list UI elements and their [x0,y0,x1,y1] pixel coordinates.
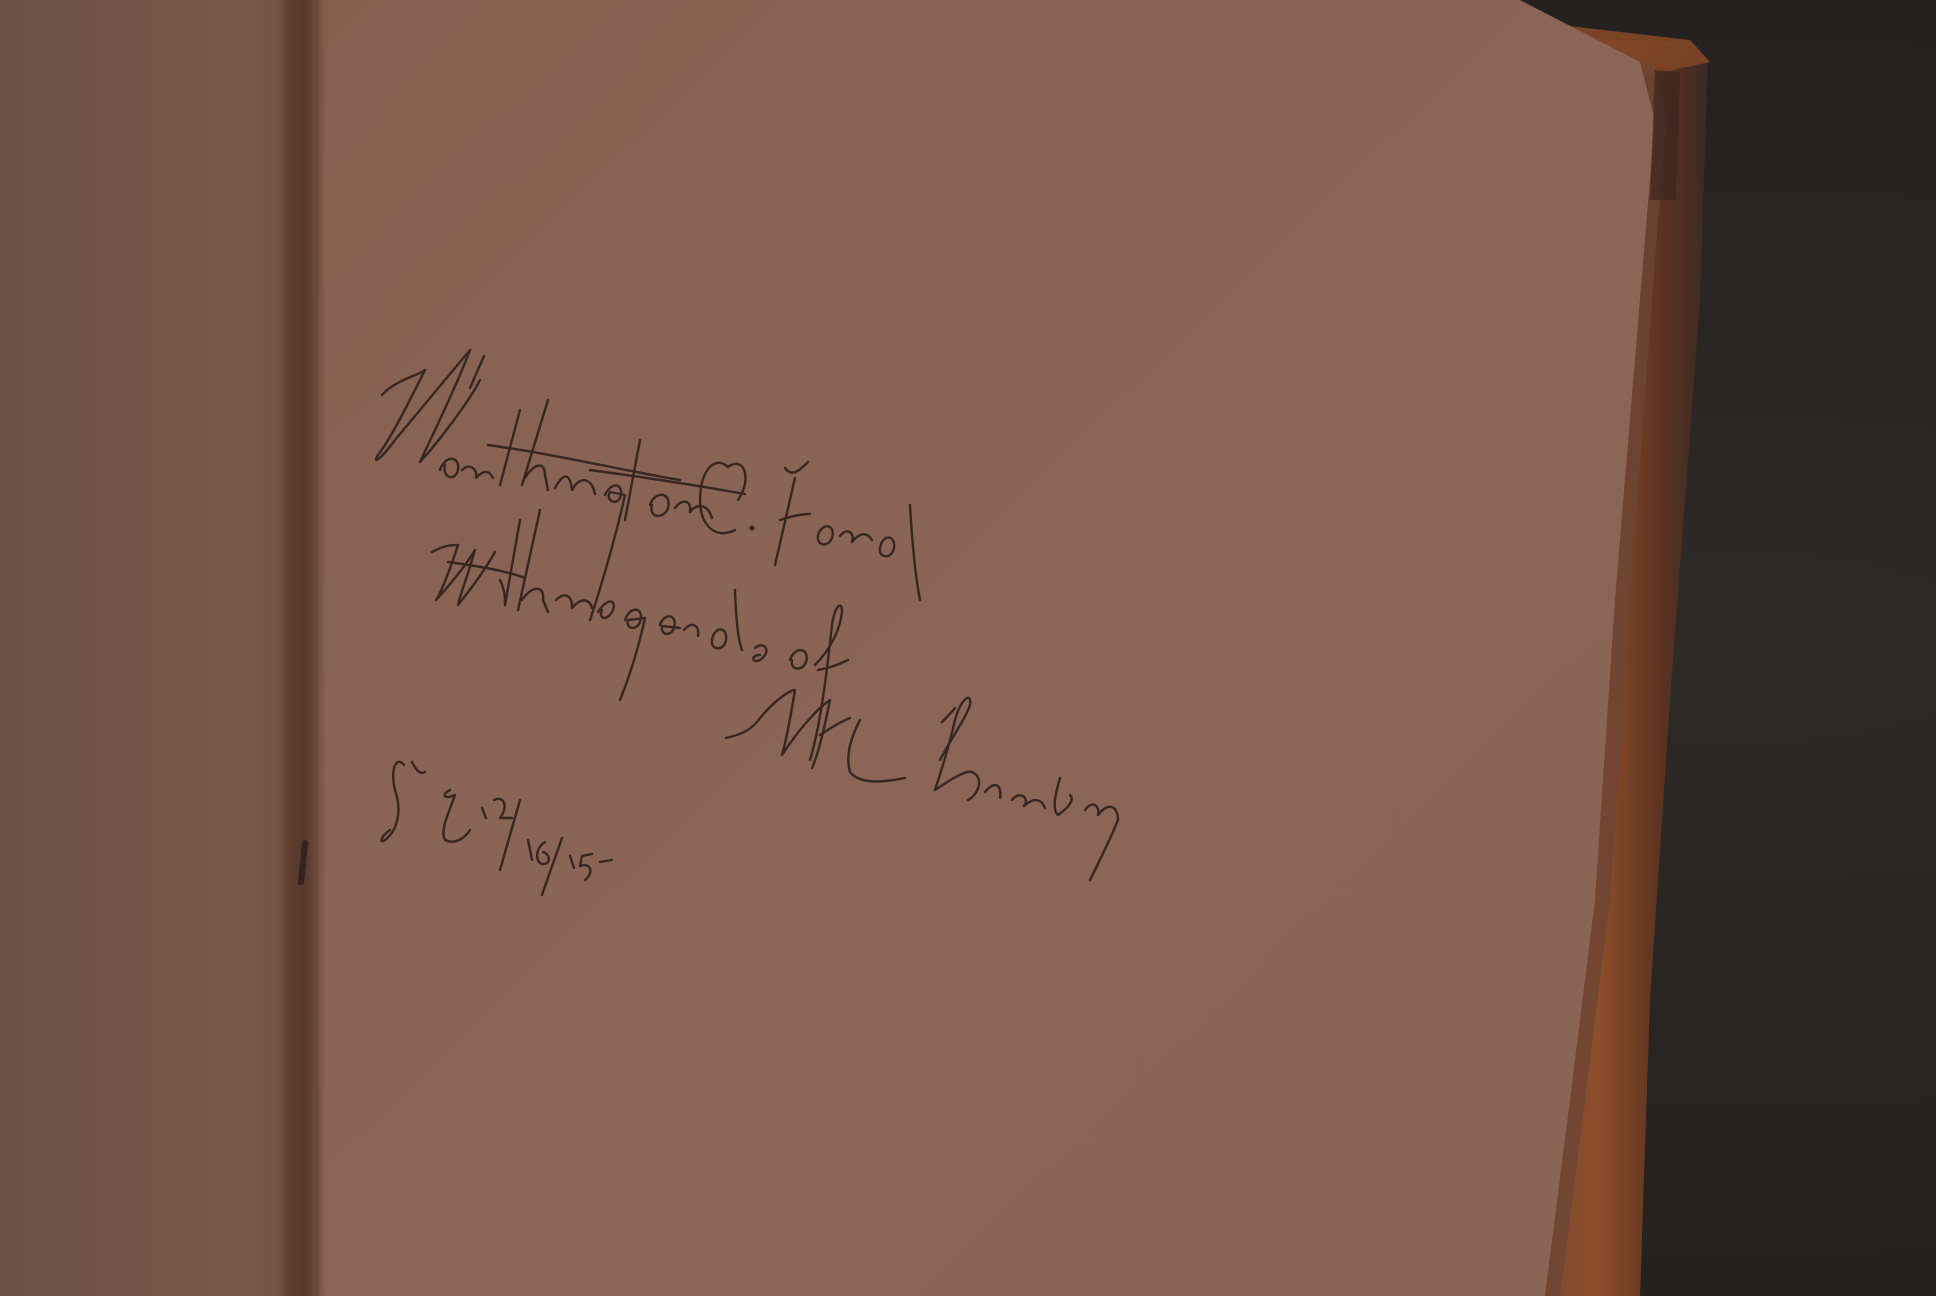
photo-scene: Worthington C. Ford With regards of W K … [0,0,1936,1296]
handwritten-inscription [0,0,1936,1296]
inscription-line-1 [376,350,920,620]
place-date [381,762,612,895]
inscription-line-2 [432,510,848,760]
signature [726,690,1118,880]
